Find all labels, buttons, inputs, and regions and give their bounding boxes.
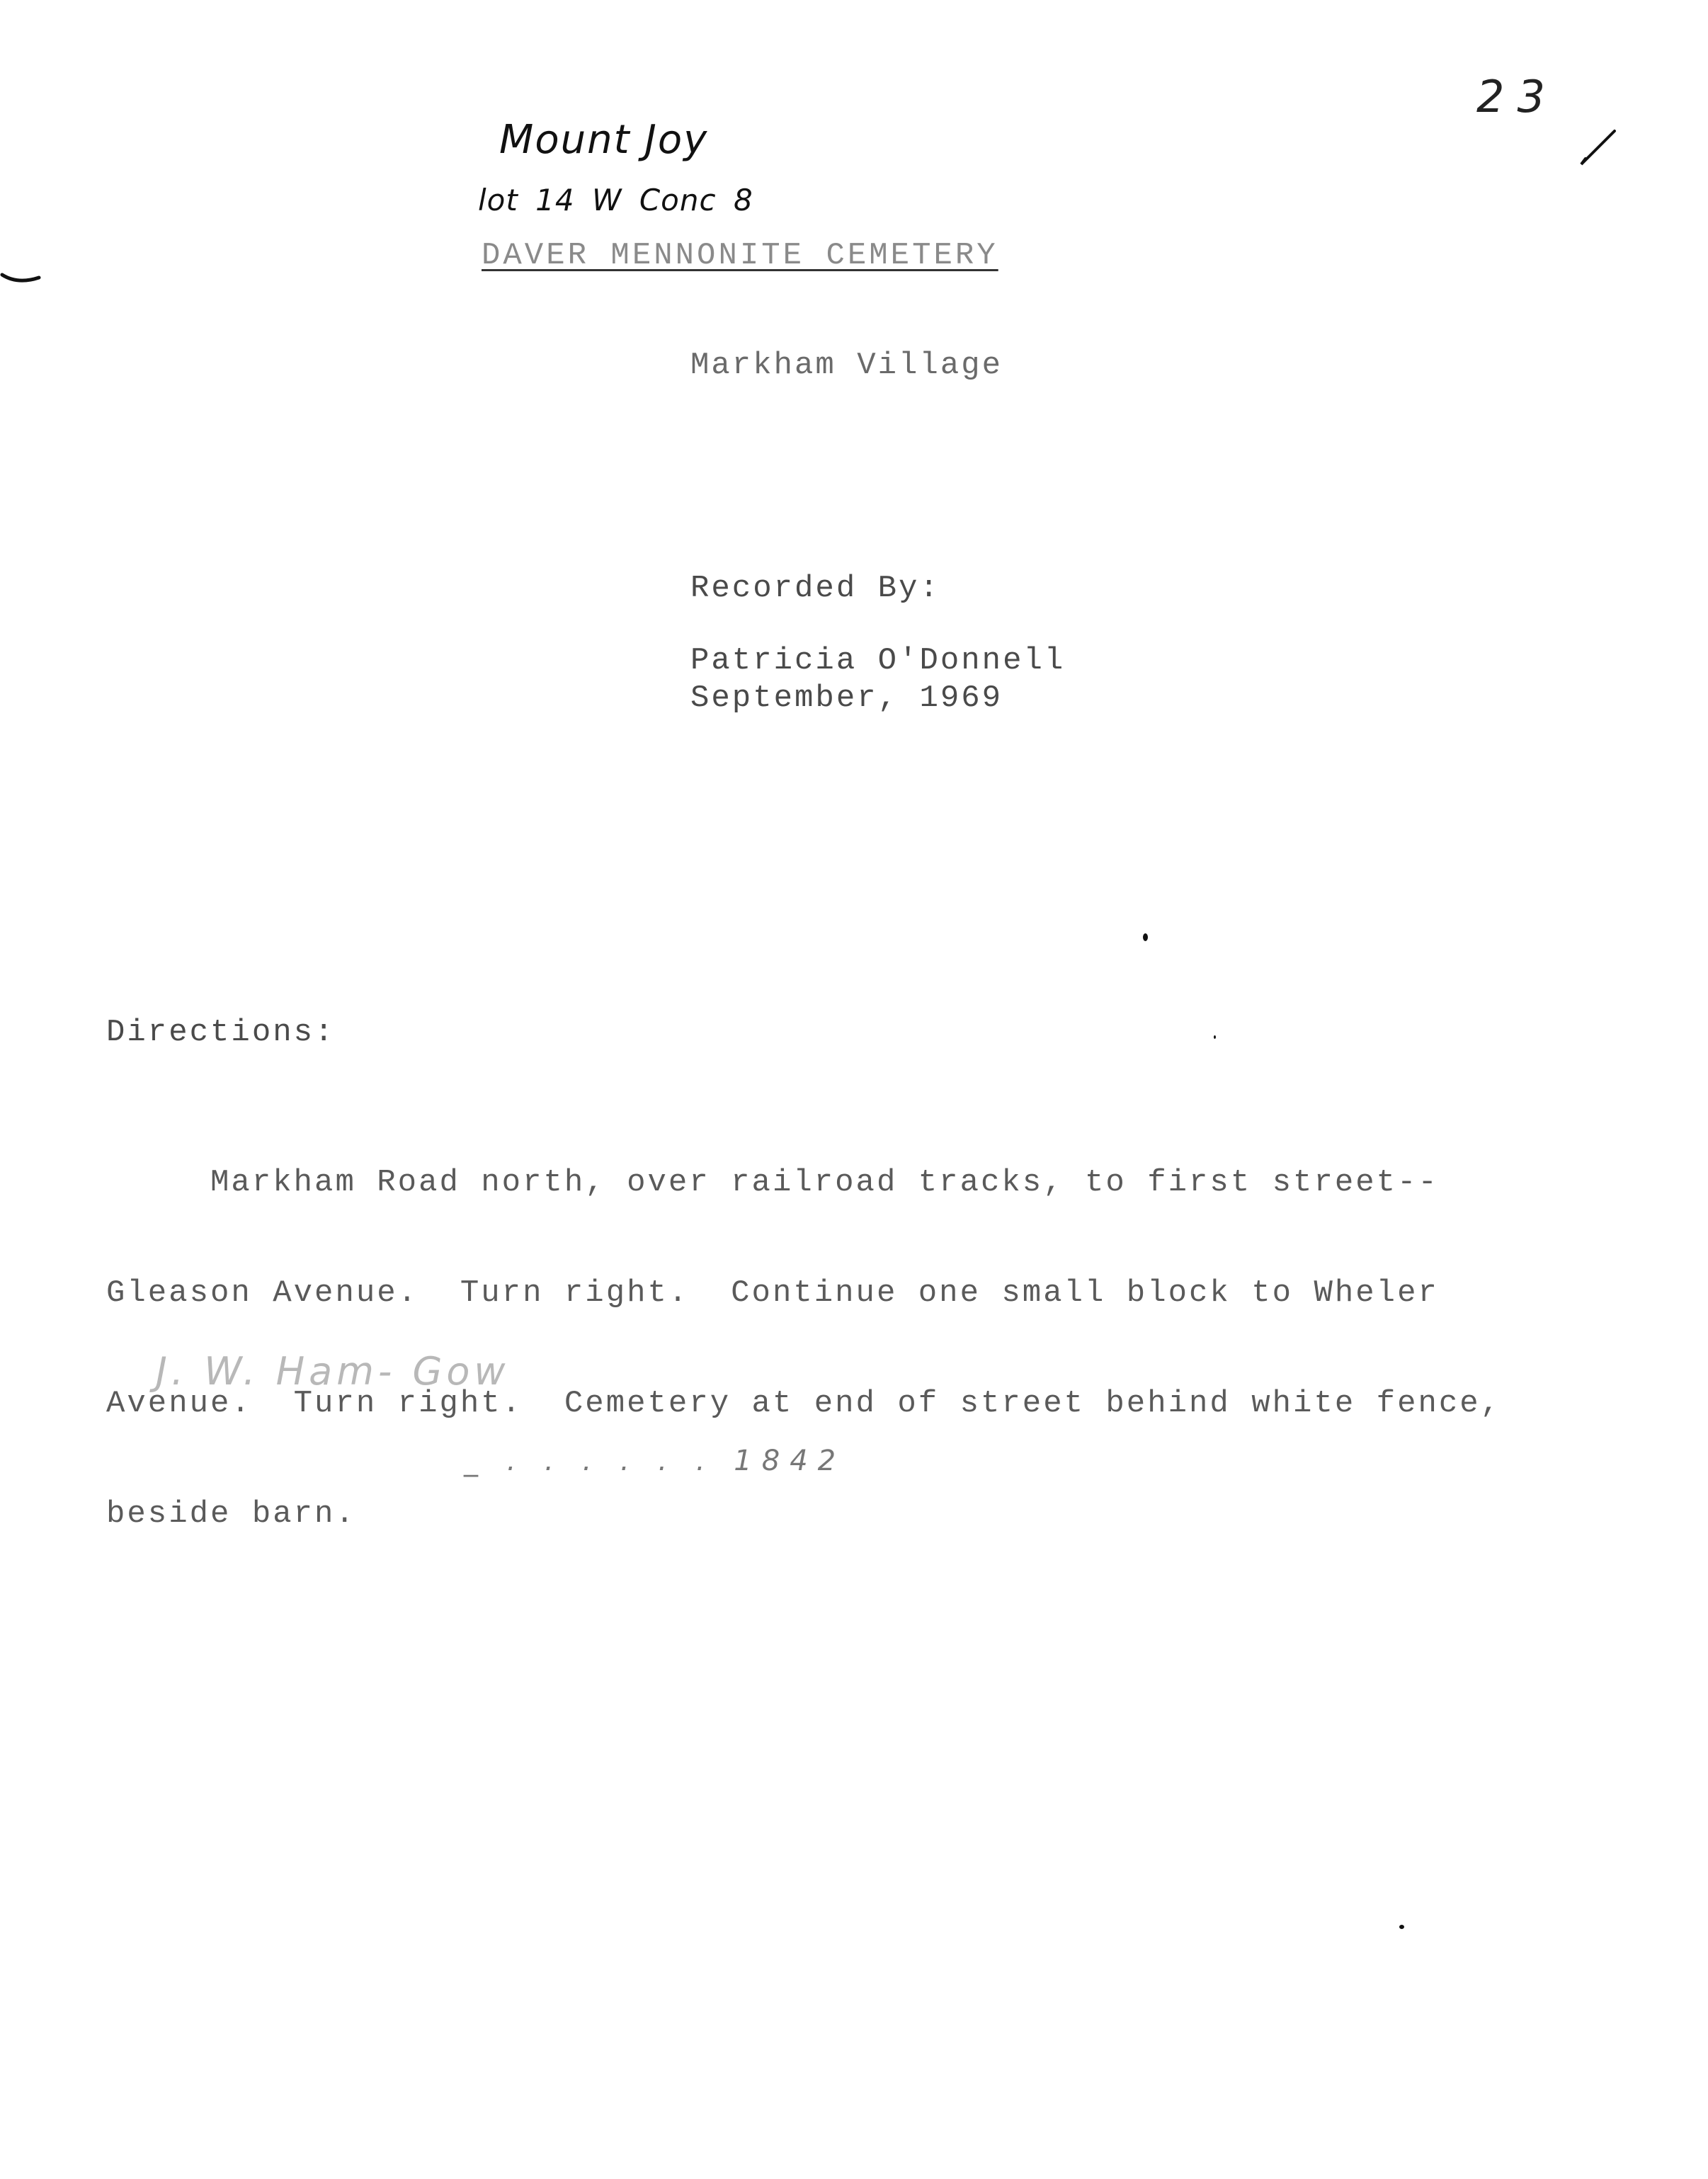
- ink-speck: [1399, 1925, 1404, 1929]
- directions-paragraph: Markham Road north, over railroad tracks…: [106, 1091, 1629, 1606]
- directions-label: Directions:: [106, 1014, 335, 1051]
- recorder-name: Patricia O'Donnell: [690, 642, 1065, 679]
- handwritten-lot-concession: lot 14 W Conc 8: [478, 183, 753, 217]
- margin-mark-icon: [0, 269, 42, 290]
- page-number: 23: [1476, 71, 1558, 123]
- handwritten-title: Mount Joy: [499, 117, 708, 163]
- handwritten-signature: J. W. Ham- Gow: [156, 1349, 510, 1394]
- village-name: Markham Village: [690, 347, 1003, 384]
- directions-line: Gleason Avenue. Turn right. Continue one…: [106, 1275, 1629, 1312]
- directions-line: Markham Road north, over railroad tracks…: [106, 1164, 1629, 1201]
- ink-speck: [1214, 1035, 1216, 1039]
- recorded-by-label: Recorded By:: [690, 570, 940, 607]
- directions-line: beside barn.: [106, 1496, 1629, 1532]
- cemetery-name-heading: DAVER MENNONITE CEMETERY: [482, 237, 998, 274]
- document-page: Mount Joy lot 14 W Conc 8 23 DAVER MENNO…: [0, 0, 1708, 2179]
- check-mark-icon: [1576, 127, 1618, 170]
- ink-speck: [1143, 933, 1148, 941]
- handwritten-date-line: _ . . . . . . 1842: [464, 1445, 846, 1477]
- recorded-date: September, 1969: [690, 680, 1003, 717]
